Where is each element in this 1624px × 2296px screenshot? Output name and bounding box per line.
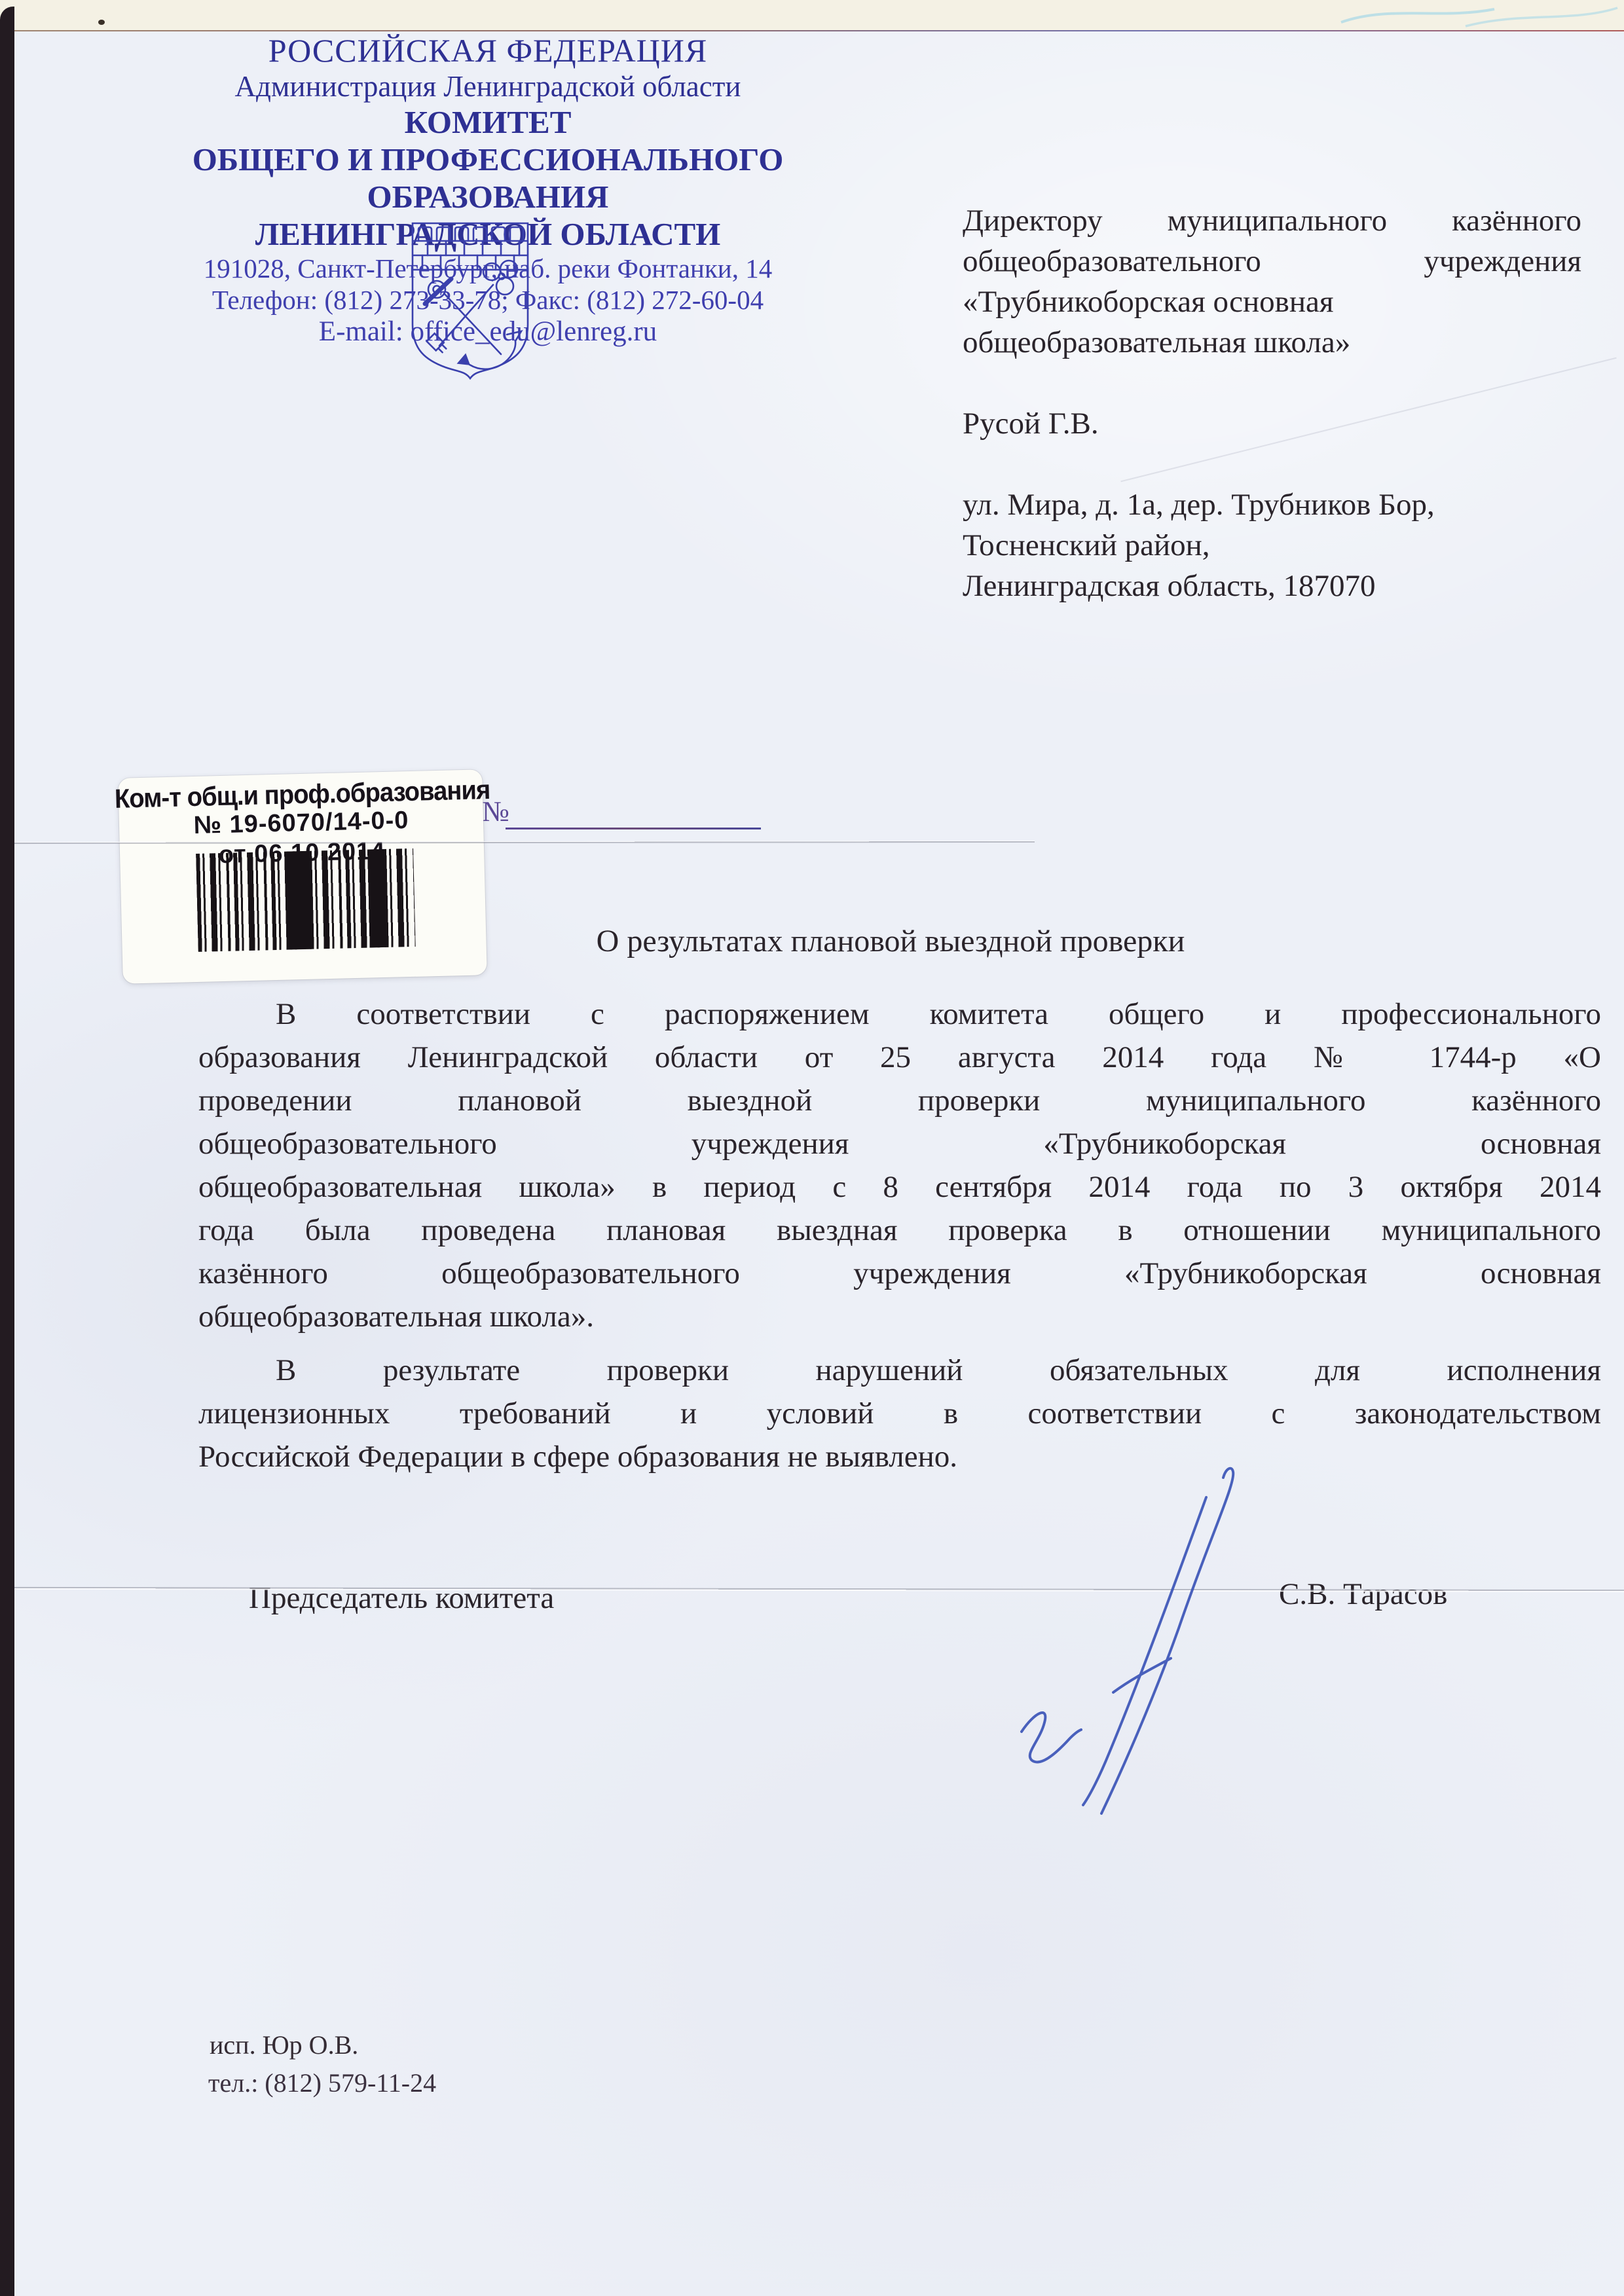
barcode-thick-bar — [287, 851, 312, 950]
recipient-address-line: Ленинградская область, 187070 — [963, 566, 1581, 606]
scanner-left-edge — [0, 7, 14, 2296]
body-line: общеобразовательная школа». — [198, 1295, 1601, 1338]
letterhead-org-line: ОБЩЕГО И ПРОФЕССИОНАЛЬНОГО — [111, 141, 864, 178]
body-line: казённого общеобразовательного учреждени… — [198, 1252, 1601, 1295]
leningrad-oblast-coat-of-arms-icon — [409, 221, 531, 380]
barcode-thick-bar — [369, 849, 386, 947]
letterhead-administration: Администрация Ленинградской области — [111, 69, 864, 103]
signer-name: С.В. Тарасов — [1279, 1576, 1447, 1612]
body-line: лицензионных требований и условий в соот… — [198, 1392, 1601, 1435]
body-line: Российской Федерации в сфере образования… — [198, 1435, 1601, 1478]
pencil-scribble — [1336, 1, 1624, 31]
letterhead-org-line: КОМИТЕТ — [111, 103, 864, 141]
letterhead-country: РОССИЙСКАЯ ФЕДЕРАЦИЯ — [111, 31, 864, 69]
scanned-letter-page: РОССИЙСКАЯ ФЕДЕРАЦИЯ Администрация Ленин… — [0, 0, 1624, 2296]
signer-position: Председатель комитета — [249, 1580, 554, 1616]
recipient-line: общеобразовательная школа» — [963, 322, 1581, 363]
body-line: года была проведена плановая выездная пр… — [198, 1209, 1601, 1252]
letterhead-org-line: ОБРАЗОВАНИЯ — [111, 178, 864, 215]
scan-speck — [98, 20, 105, 25]
body-line: проведении плановой выездной проверки му… — [198, 1079, 1601, 1122]
body-line: В соответствии с распоряжением комитета … — [198, 993, 1601, 1036]
recipient-address-line: ул. Мира, д. 1а, дер. Трубников Бор, — [963, 484, 1581, 525]
executor-phone: тел.: (812) 579-11-24 — [208, 2068, 436, 2098]
reference-number-blank-line — [506, 828, 761, 829]
letter-subject: О результатах плановой выездной проверки — [537, 923, 1244, 959]
recipient-line: «Трубникоборская основная — [963, 282, 1581, 322]
handwritten-signature — [982, 1457, 1283, 1836]
executor-name: исп. Юр О.В. — [210, 2030, 358, 2060]
body-line: образования Ленинградской области от 25 … — [198, 1036, 1601, 1079]
body-line: В результате проверки нарушений обязател… — [198, 1349, 1601, 1392]
recipient-line: общеобразовательного учреждения — [963, 241, 1581, 282]
registration-stamp: Ком-т общ.и проф.образования № 19-6070/1… — [118, 769, 487, 983]
body-line: общеобразовательная школа» в период с 8 … — [198, 1165, 1601, 1209]
recipient-name: Русой Г.В. — [963, 403, 1581, 444]
recipient-line: Директору муниципального казённого — [963, 200, 1581, 241]
recipient-block: Директору муниципального казённого общео… — [963, 200, 1581, 606]
recipient-address-line: Тосненский район, — [963, 525, 1581, 566]
letter-body: В соответствии с распоряжением комитета … — [198, 993, 1601, 1478]
letter-paper: РОССИЙСКАЯ ФЕДЕРАЦИЯ Администрация Ленин… — [13, 31, 1624, 2296]
body-line: общеобразовательного учреждения «Трубник… — [198, 1122, 1601, 1165]
